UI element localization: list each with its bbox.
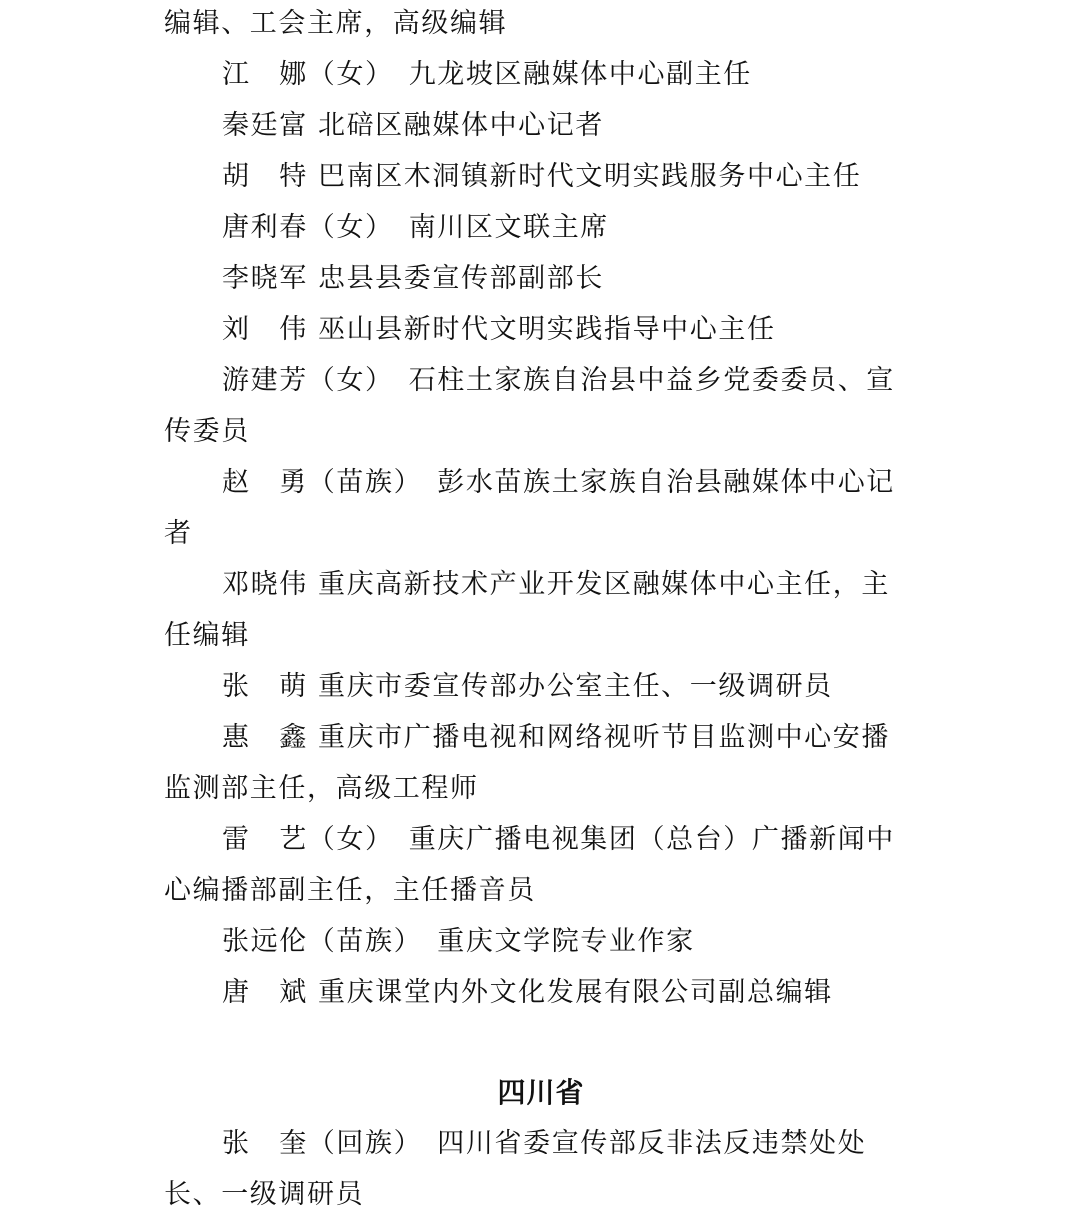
roster-line: 张远伦（苗族） 重庆文学院专业作家 <box>222 924 695 960</box>
section-heading-sichuan: 四川省 <box>164 1075 918 1111</box>
roster-line: 游建芳（女） 石柱土家族自治县中益乡党委委员、宣 <box>222 363 895 399</box>
roster-line: 胡 特 巴南区木洞镇新时代文明实践服务中心主任 <box>222 159 861 195</box>
roster-line: 监测部主任，高级工程师 <box>164 771 479 807</box>
roster-line: 邓晓伟 重庆高新技术产业开发区融媒体中心主任，主 <box>222 567 890 603</box>
roster-line: 唐利春（女） 南川区文联主席 <box>222 210 609 246</box>
roster-line: 传委员 <box>164 414 250 450</box>
roster-line: 赵 勇（苗族） 彭水苗族土家族自治县融媒体中心记 <box>222 465 895 501</box>
roster-line: 心编播部副主任，主任播音员 <box>164 873 536 909</box>
roster-line: 惠 鑫 重庆市广播电视和网络视听节目监测中心安播 <box>222 720 890 756</box>
roster-line: 雷 艺（女） 重庆广播电视集团（总台）广播新闻中 <box>222 822 895 858</box>
roster-line: 任编辑 <box>164 618 250 654</box>
roster-line: 长、一级调研员 <box>164 1177 364 1213</box>
roster-line: 江 娜（女） 九龙坡区融媒体中心副主任 <box>222 57 752 93</box>
roster-line: 编辑、工会主席，高级编辑 <box>164 6 507 42</box>
roster-line: 者 <box>164 516 193 552</box>
roster-line: 秦廷富 北碚区融媒体中心记者 <box>222 108 604 144</box>
roster-line: 刘 伟 巫山县新时代文明实践指导中心主任 <box>222 312 776 348</box>
roster-line: 张 萌 重庆市委宣传部办公室主任、一级调研员 <box>222 669 833 705</box>
roster-line: 张 奎（回族） 四川省委宣传部反非法反违禁处处 <box>222 1126 866 1162</box>
roster-line: 唐 斌 重庆课堂内外文化发展有限公司副总编辑 <box>222 975 833 1011</box>
roster-line: 李晓军 忠县县委宣传部副部长 <box>222 261 604 297</box>
